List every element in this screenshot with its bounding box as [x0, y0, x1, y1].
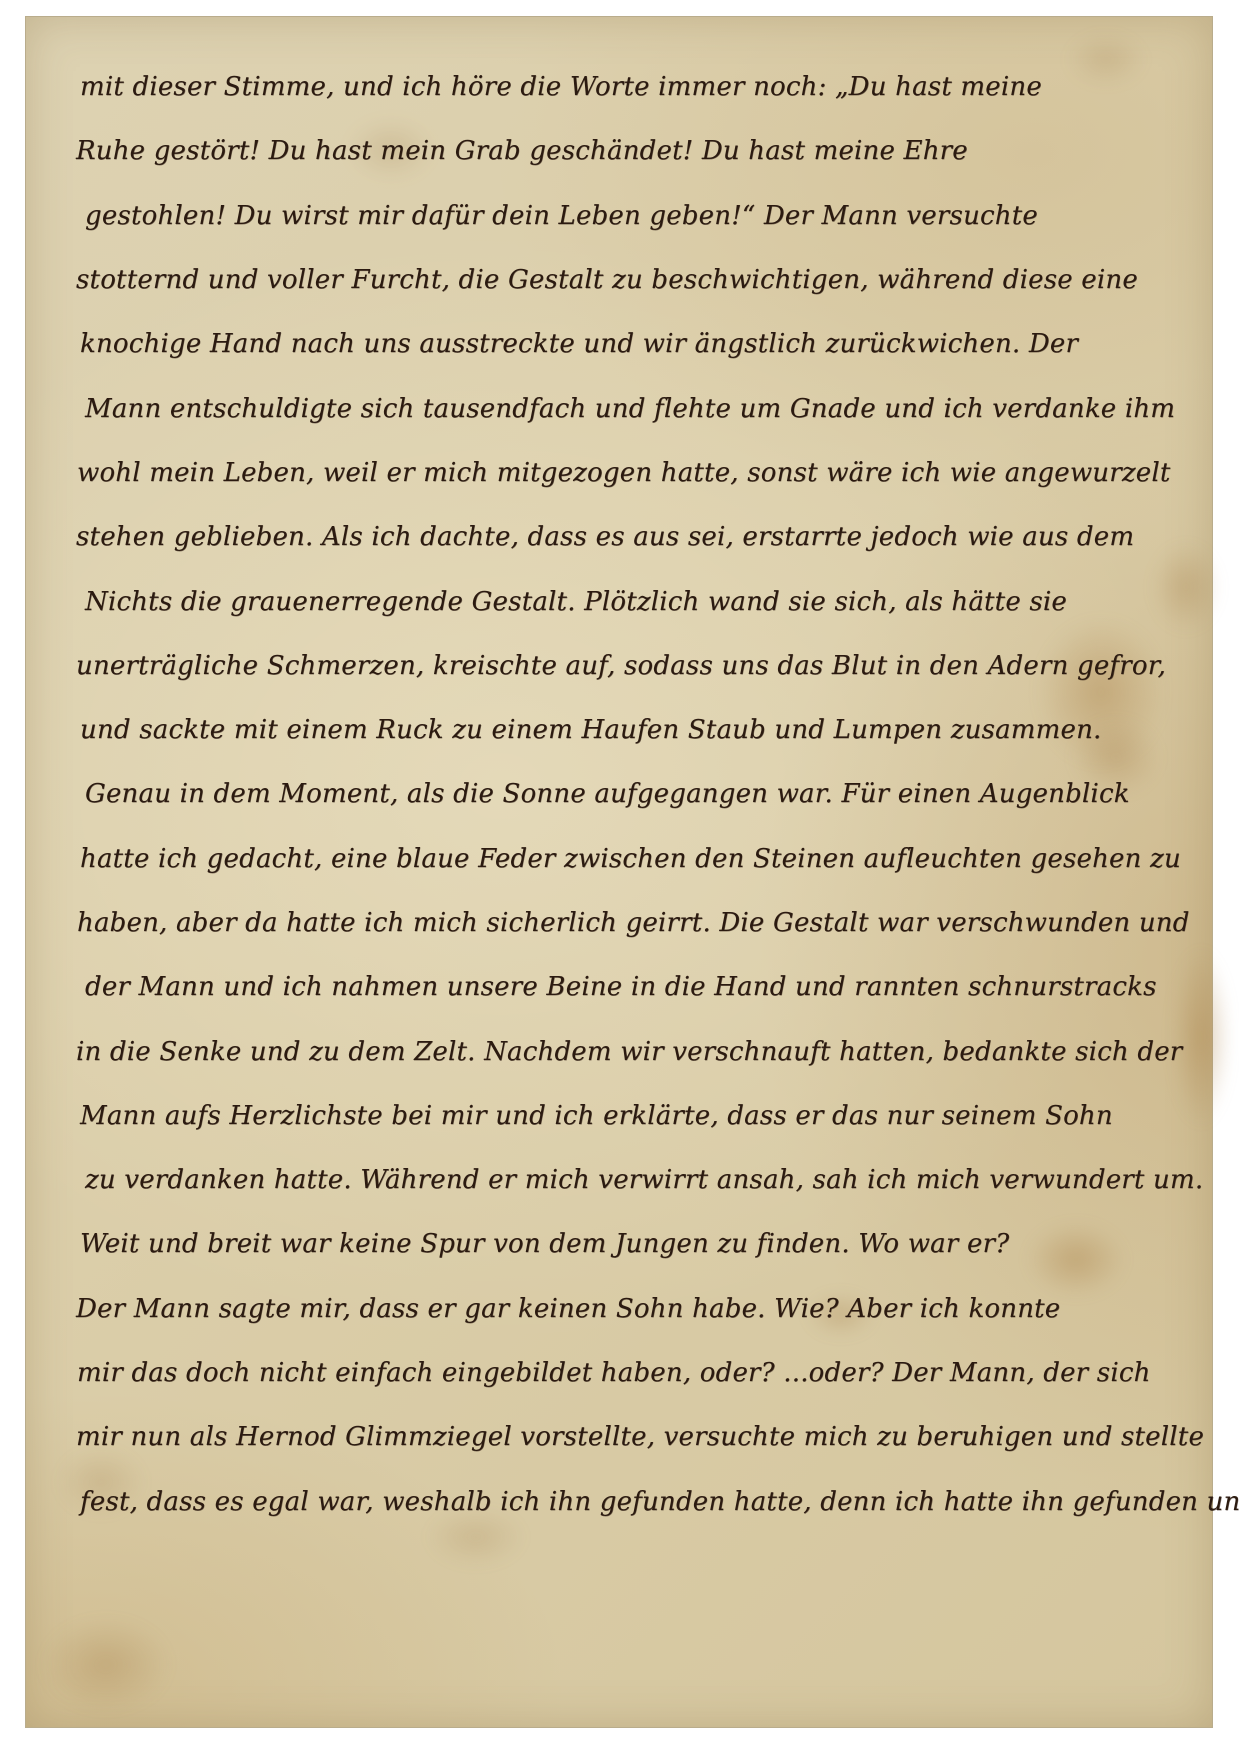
- text-line: der Mann und ich nahmen unsere Beine in …: [76, 955, 1182, 1019]
- text-line: mir das doch nicht einfach eingebildet h…: [76, 1341, 1182, 1405]
- manuscript-paper: mit dieser Stimme, und ich höre die Wort…: [25, 16, 1213, 1728]
- text-line: Ruhe gestört! Du hast mein Grab geschänd…: [76, 119, 1182, 183]
- text-line: zu verdanken hatte. Während er mich verw…: [76, 1148, 1182, 1212]
- text-line: Mann aufs Herzlichste bei mir und ich er…: [76, 1084, 1182, 1148]
- scan-background: mit dieser Stimme, und ich höre die Wort…: [0, 0, 1239, 1754]
- manuscript-text: mit dieser Stimme, und ich höre die Wort…: [76, 55, 1182, 1534]
- text-line: mit dieser Stimme, und ich höre die Wort…: [76, 55, 1182, 119]
- text-line: stotternd und voller Furcht, die Gestalt…: [76, 248, 1182, 312]
- text-line: mir nun als Hernod Glimmziegel vorstellt…: [76, 1405, 1182, 1469]
- text-line: in die Senke und zu dem Zelt. Nachdem wi…: [76, 1019, 1182, 1083]
- text-line: gestohlen! Du wirst mir dafür dein Leben…: [76, 184, 1182, 248]
- paper-stain: [41, 1617, 171, 1712]
- text-line: Weit und breit war keine Spur von dem Ju…: [76, 1212, 1182, 1276]
- text-line: Der Mann sagte mir, dass er gar keinen S…: [76, 1277, 1182, 1341]
- text-line: Nichts die grauenerregende Gestalt. Plöt…: [76, 569, 1182, 633]
- text-line: Mann entschuldigte sich tausendfach und …: [76, 376, 1182, 440]
- text-line: stehen geblieben. Als ich dachte, dass e…: [76, 505, 1182, 569]
- text-line: hatte ich gedacht, eine blaue Feder zwis…: [76, 827, 1182, 891]
- text-line: knochige Hand nach uns ausstreckte und w…: [76, 312, 1182, 376]
- text-line: wohl mein Leben, weil er mich mitgezogen…: [76, 441, 1182, 505]
- text-line: und sackte mit einem Ruck zu einem Haufe…: [76, 698, 1182, 762]
- text-line: fest, dass es egal war, weshalb ich ihn …: [76, 1470, 1182, 1534]
- text-line: Genau in dem Moment, als die Sonne aufge…: [76, 762, 1182, 826]
- text-line: haben, aber da hatte ich mich sicherlich…: [76, 891, 1182, 955]
- text-line: unerträgliche Schmerzen, kreischte auf, …: [76, 634, 1182, 698]
